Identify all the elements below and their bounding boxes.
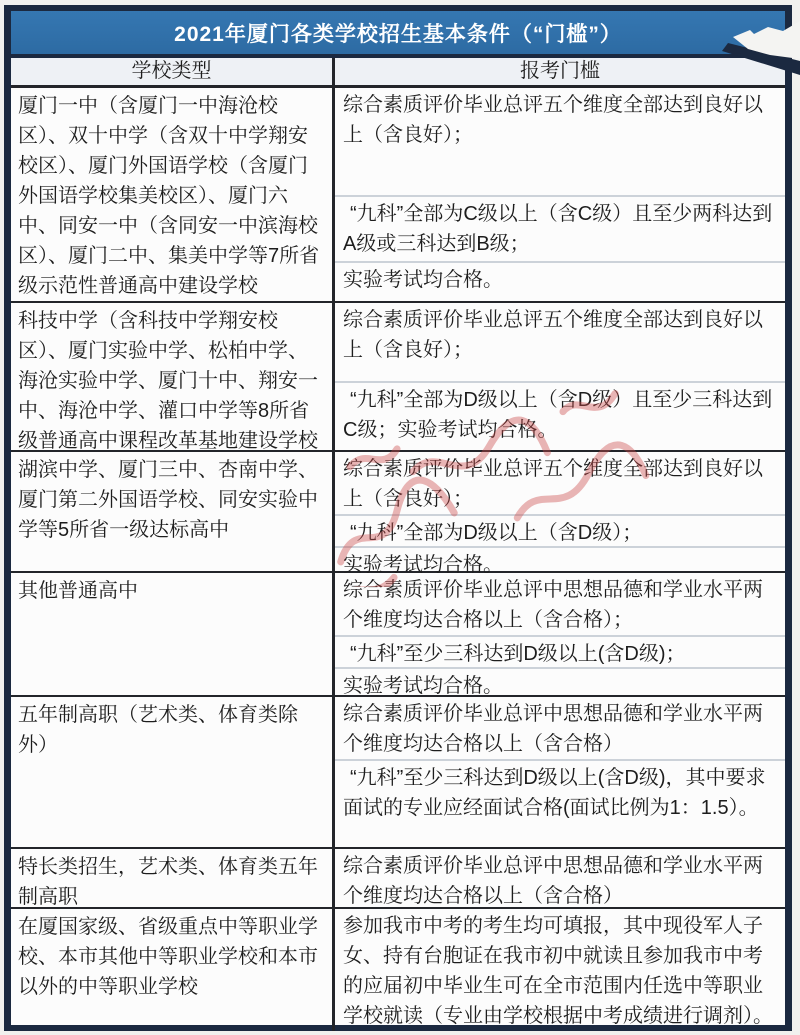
requirement-item: 综合素质评价毕业总评五个维度全部达到良好以上（含良好）； [335,303,785,381]
requirements-cell: 综合素质评价毕业总评五个维度全部达到良好以上（含良好）； “九科”全部为C级以上… [335,88,785,301]
admission-table: 学校类型 报考门槛 厦门一中（含厦门一中海沧校区）、双十中学（含双十中学翔安校区… [11,58,785,1025]
requirement-item: 综合素质评价毕业总评中思想品德和学业水平两个维度均达合格以上（含合格） [335,697,785,759]
school-type-cell: 其他普通高中 [11,573,335,695]
school-type-cell: 五年制高职（艺术类、体育类除外） [11,697,335,847]
page-title: 2021年厦门各类学校招生基本条件（“门槛”） [174,18,622,48]
requirement-item: 实验考试均合格。 [335,261,785,301]
requirements-cell: 综合素质评价毕业总评五个维度全部达到良好以上（含良好）； “九科”全部为D级以上… [335,452,785,571]
requirement-item: “九科”全部为C级以上（含C级）且至少两科达到A级或三科达到B级； [335,195,785,261]
requirement-item: 实验考试均合格。 [335,546,785,576]
requirement-item: 参加我市中考的考生均可填报，其中现役军人子女、持有台胞证在我市初中就读且参加我市… [335,909,785,1031]
requirement-item: “九科”至少三科达到D级以上(含D级)，其中要求面试的专业应经面试合格(面试比例… [335,759,785,847]
requirement-item: “九科”全部为D级以上（含D级）且至少三科达到C级；实验考试均合格。 [335,381,785,450]
header-cell-threshold: 报考门槛 [335,58,785,85]
header-cell-school-type: 学校类型 [11,58,335,85]
table-row: 特长类招生，艺术类、体育类五年制高职 综合素质评价毕业总评中思想品德和学业水平两… [11,849,785,909]
requirement-item: “九科”至少三科达到D级以上(含D级)； [335,635,785,667]
requirements-cell: 参加我市中考的考生均可填报，其中现役军人子女、持有台胞证在我市初中就读且参加我市… [335,909,785,1031]
requirements-cell: 综合素质评价毕业总评中思想品德和学业水平两个维度均达合格以上（含合格） “九科”… [335,697,785,847]
school-type-cell: 科技中学（含科技中学翔安校区）、厦门实验中学、松柏中学、海沧实验中学、厦门十中、… [11,303,335,450]
requirement-item: 综合素质评价毕业总评五个维度全部达到良好以上（含良好）； [335,88,785,195]
table-row: 其他普通高中 综合素质评价毕业总评中思想品德和学业水平两个维度均达合格以上（含合… [11,573,785,697]
page-photo: { "banner": { "title": "2021年厦门各类学校招生基本条… [0,0,800,1035]
school-type-cell: 在厦国家级、省级重点中等职业学校、本市其他中等职业学校和本市以外的中等职业学校 [11,909,335,1031]
table-header-row: 学校类型 报考门槛 [11,58,785,88]
requirement-item: 综合素质评价毕业总评中思想品德和学业水平两个维度均达合格以上（含合格）； [335,573,785,635]
school-type-cell: 厦门一中（含厦门一中海沧校区）、双十中学（含双十中学翔安校区）、厦门外国语学校（… [11,88,335,301]
school-type-cell: 特长类招生，艺术类、体育类五年制高职 [11,849,335,907]
requirements-cell: 综合素质评价毕业总评五个维度全部达到良好以上（含良好）； “九科”全部为D级以上… [335,303,785,450]
table-row: 在厦国家级、省级重点中等职业学校、本市其他中等职业学校和本市以外的中等职业学校 … [11,909,785,1031]
requirements-cell: 综合素质评价毕业总评中思想品德和学业水平两个维度均达合格以上（含合格） [335,849,785,907]
table-row: 湖滨中学、厦门三中、杏南中学、厦门第二外国语学校、同安实验中学等5所省一级达标高… [11,452,785,573]
requirement-item: 实验考试均合格。 [335,667,785,699]
table-row: 五年制高职（艺术类、体育类除外） 综合素质评价毕业总评中思想品德和学业水平两个维… [11,697,785,849]
requirement-item: “九科”全部为D级以上（含D级）； [335,514,785,546]
table-row: 科技中学（含科技中学翔安校区）、厦门实验中学、松柏中学、海沧实验中学、厦门十中、… [11,303,785,452]
title-banner: 2021年厦门各类学校招生基本条件（“门槛”） [11,11,785,54]
requirement-item: 综合素质评价毕业总评五个维度全部达到良好以上（含良好）； [335,452,785,514]
school-type-cell: 湖滨中学、厦门三中、杏南中学、厦门第二外国语学校、同安实验中学等5所省一级达标高… [11,452,335,571]
table-row: 厦门一中（含厦门一中海沧校区）、双十中学（含双十中学翔安校区）、厦门外国语学校（… [11,88,785,303]
requirement-item: 综合素质评价毕业总评中思想品德和学业水平两个维度均达合格以上（含合格） [335,849,785,911]
requirements-cell: 综合素质评价毕业总评中思想品德和学业水平两个维度均达合格以上（含合格）； “九科… [335,573,785,695]
